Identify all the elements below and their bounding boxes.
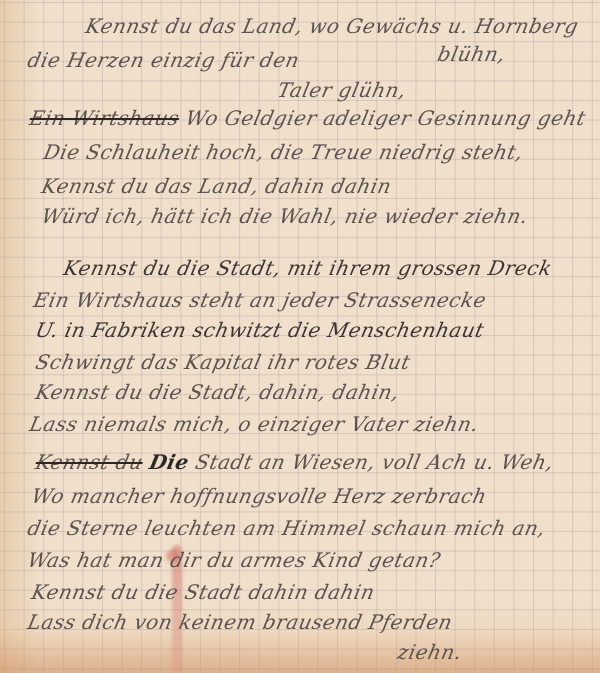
manuscript-line: Taler glühn, [275,78,408,102]
manuscript-line: Kennst du die Stadt, dahin, dahin, [33,380,401,404]
manuscript-line: die Herzen einzig für den [25,48,301,72]
manuscript-line: Würd ich, hätt ich die Wahl, nie wieder … [39,204,530,228]
line-text: Wo Geldgier adeliger Gesinnung geht [183,106,588,130]
struck-text: Ein Wirtshaus [27,106,181,130]
manuscript-line: Kennst du die Stadt dahin dahin [29,580,377,604]
manuscript-line: Kennst du die Stadt, mit ihrem grossen D… [61,256,554,280]
manuscript-line: Die Schlauheit hoch, die Treue niedrig s… [41,140,525,164]
manuscript-line: Lass niemals mich, o einziger Vater zieh… [27,412,481,436]
manuscript-line: die Sterne leuchten am Himmel schaun mic… [25,516,547,540]
manuscript-line: Was hat man dir du armes Kind getan? [25,548,442,572]
graph-paper-page: Kennst du das Land, wo Gewächs u. Hornbe… [0,0,600,673]
manuscript-line: Ein Wirtshaus steht an jeder Strasseneck… [31,288,488,312]
correction-text: Die [147,450,191,474]
line-text: Stadt an Wiesen, voll Ach u. Weh, [193,450,556,474]
struck-text: Kennst du [33,450,145,474]
manuscript-line: ziehn. [395,640,464,664]
manuscript-insertion: blühn, [435,42,507,66]
manuscript-line: U. in Fabriken schwitzt die Menschenhaut [33,318,486,342]
manuscript-line: Wo mancher hoffnungsvolle Herz zerbrach [29,484,489,508]
manuscript-line: Kennst du Die Stadt an Wiesen, voll Ach … [33,450,555,474]
manuscript-line: Kennst du das Land, wo Gewächs u. Hornbe… [83,14,580,38]
manuscript-line: Lass dich von keinem brausend Pferden [25,610,454,634]
manuscript-line: Kennst du das Land, dahin dahin [39,174,393,198]
manuscript-line: Schwingt das Kapital ihr rotes Blut [33,350,412,374]
manuscript-line: Ein Wirtshaus Wo Geldgier adeliger Gesin… [27,106,588,130]
